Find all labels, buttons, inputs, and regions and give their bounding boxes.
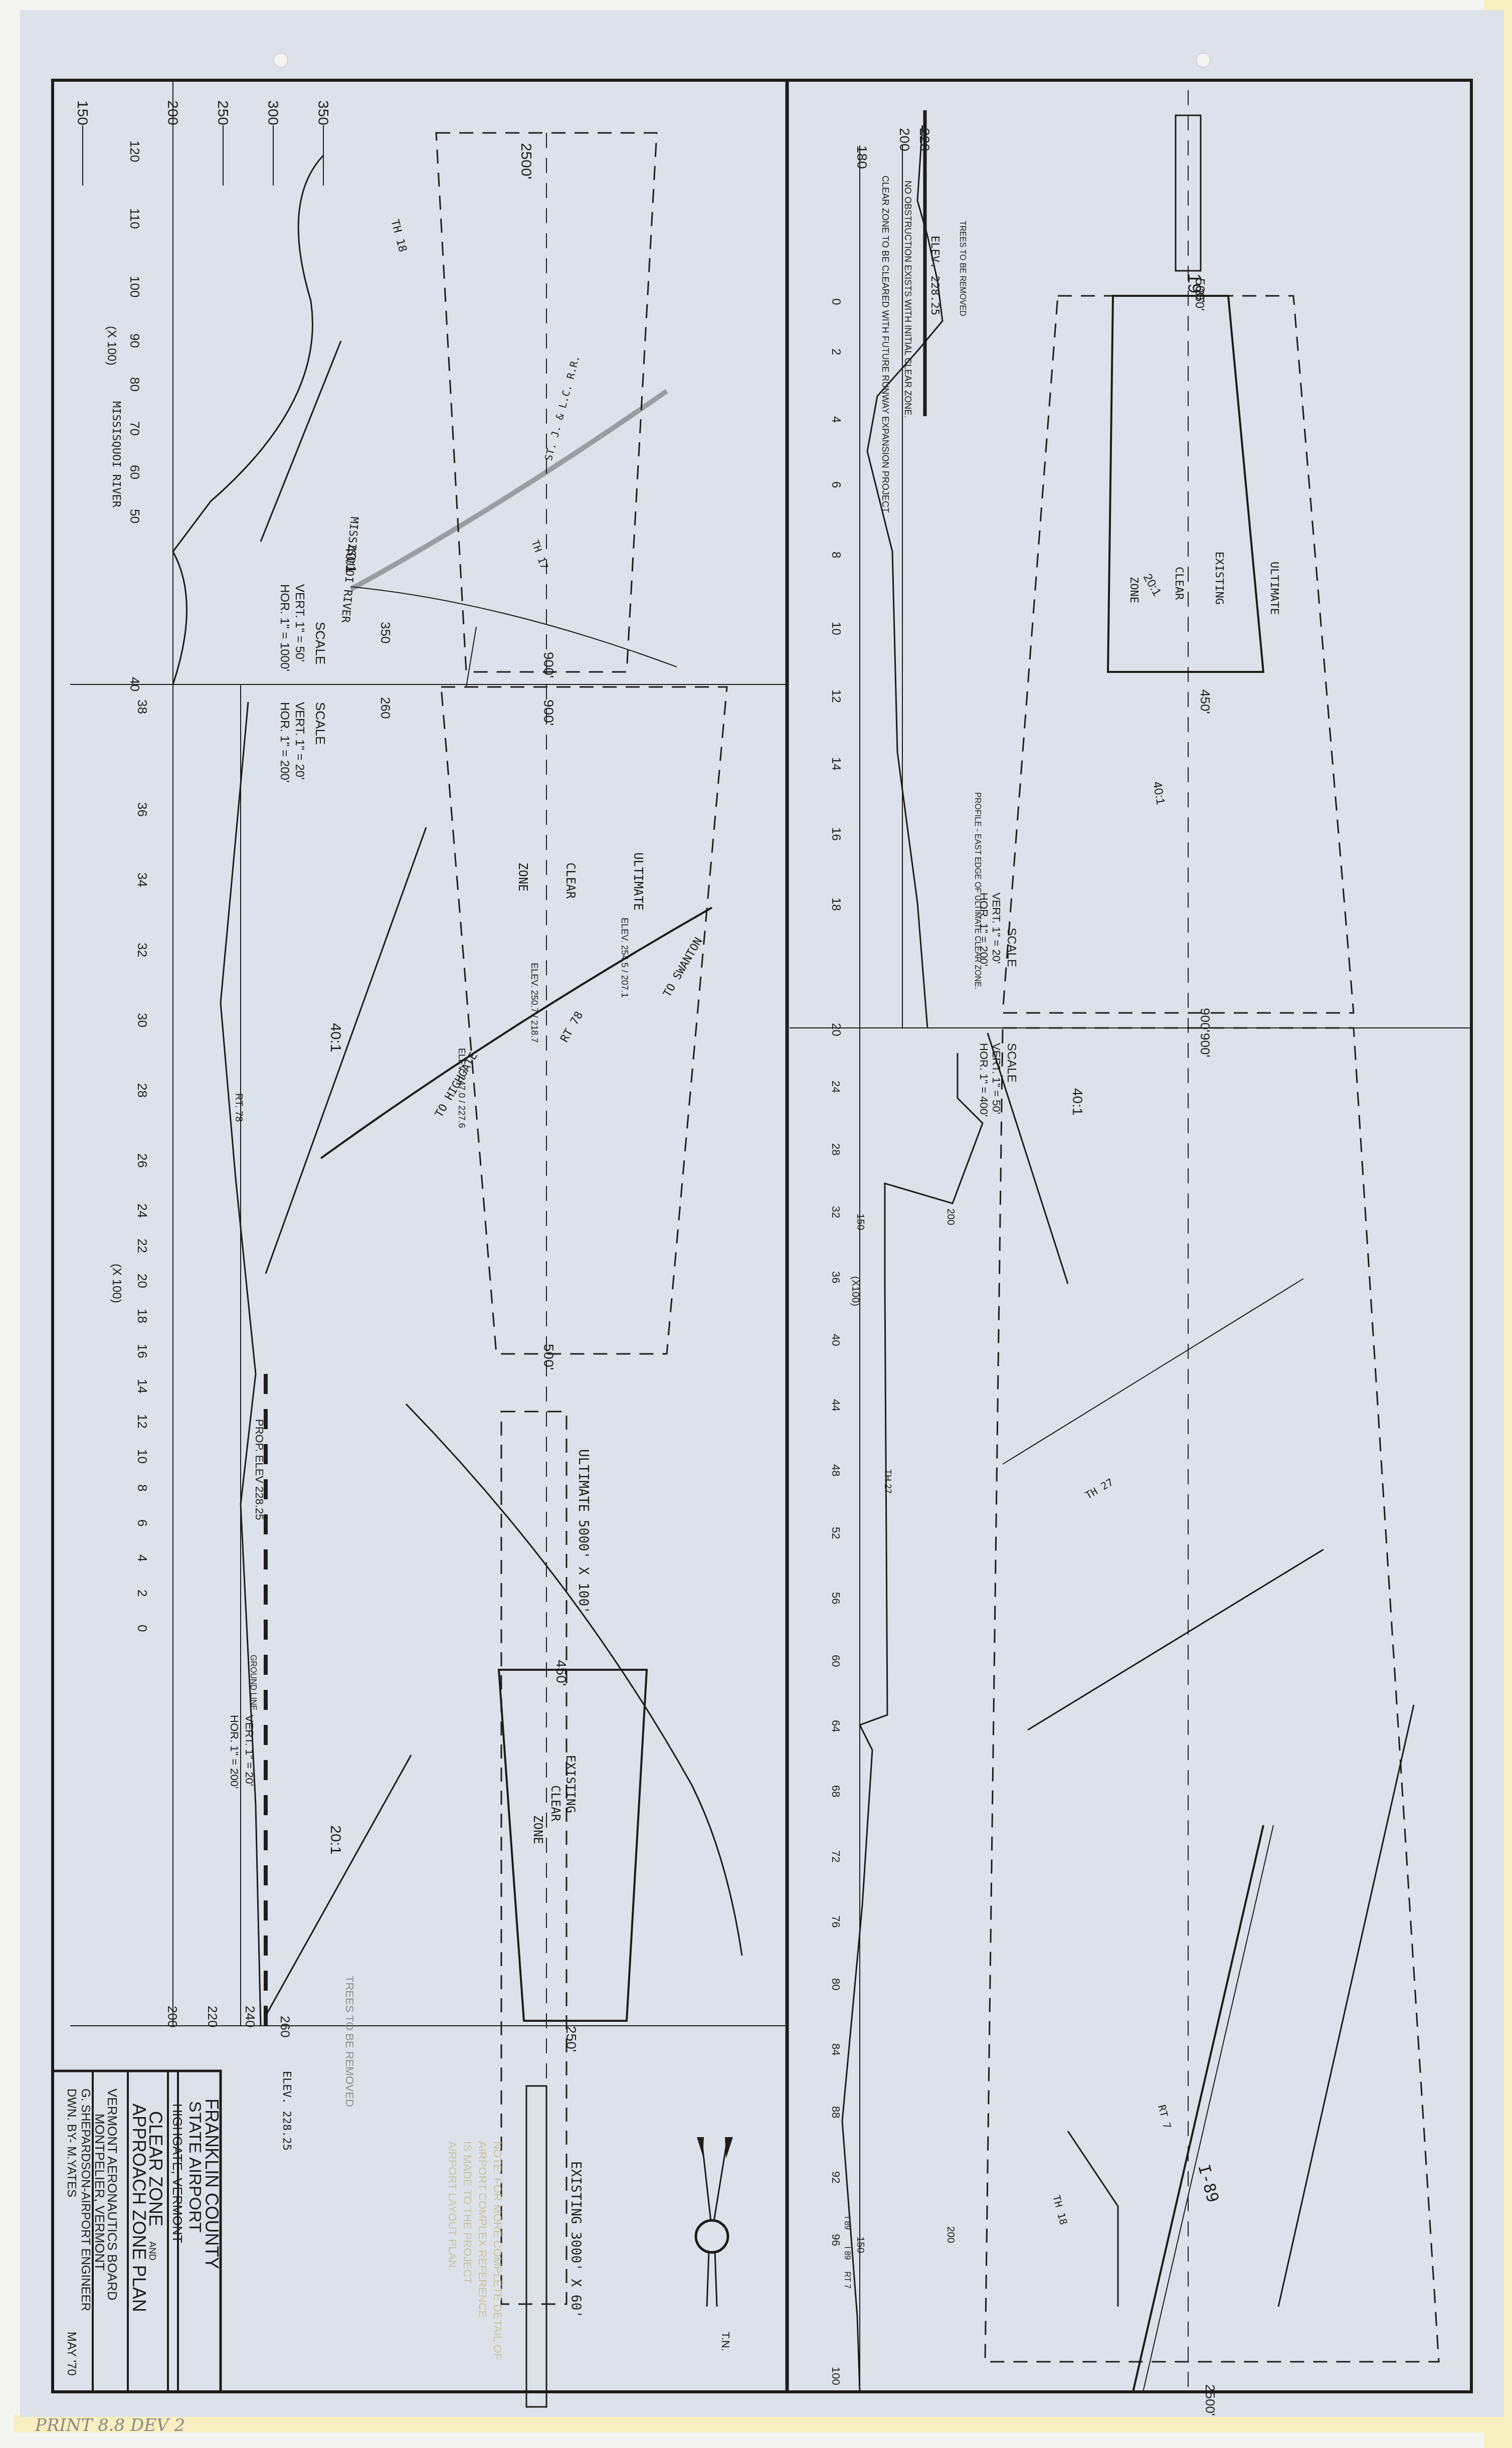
station-unit-label: (X 100): [110, 1264, 123, 1303]
elev-tick-label: 260: [278, 2016, 293, 2037]
elev-tick-label: 150: [855, 2236, 866, 2253]
elev-tick-label: 200: [164, 100, 181, 125]
station-tick-label: 120: [127, 140, 142, 162]
elev-tick-label: 200: [165, 2006, 180, 2027]
svg-text:AIRPORT COMPLEX REFERENCE: AIRPORT COMPLEX REFERENCE: [476, 2141, 489, 2318]
profile-note: NO OBSTRUCTION EXISTS WITH INITIAL CLEAR…: [903, 181, 913, 418]
station-tick-label: 36: [830, 1271, 842, 1283]
station-tick-label: 12: [135, 1414, 150, 1429]
station-tick-label: 14: [829, 757, 843, 771]
road-label: RT 7: [1156, 2104, 1174, 2130]
elev-tick-label: 150: [855, 1213, 866, 1230]
road-label: TH 27: [1083, 1476, 1115, 1501]
road-label: TH 27: [883, 1469, 893, 1494]
profile-note: CLEAR ZONE TO BE CLEARED WITH FUTURE RUN…: [880, 176, 890, 514]
elev-tick-label: 240: [243, 2006, 258, 2027]
drawing-canvas: 150 200 250 300 350 120 110 100 90 80 70…: [0, 0, 1512, 2448]
station-tick-label: 90: [127, 333, 142, 348]
dimension-label: 2500': [1203, 2384, 1218, 2416]
station-tick-label: 40: [830, 1334, 842, 1346]
sheet-border: [53, 80, 1471, 2392]
title-facility: STATE AIRPORT: [185, 2101, 205, 2233]
left-plan-view: 2500' 900' 900' 500' 450' 250' ULTIMATE …: [321, 133, 742, 2407]
station-tick-label: 96: [830, 2234, 842, 2246]
elev-tick-label: 260: [378, 697, 393, 719]
station-tick-label: 24: [830, 1081, 842, 1093]
station-tick-label: 64: [830, 1720, 842, 1732]
station-tick-label: 8: [829, 552, 843, 558]
river-label: MISSISQUOI RIVER: [110, 401, 122, 508]
svg-text:NOTE: FOR MORE COMPLETE DETAIL: NOTE: FOR MORE COMPLETE DETAIL OF: [491, 2141, 504, 2360]
station-tick-label: 76: [830, 1915, 842, 1928]
station-tick-label: 50: [127, 509, 142, 523]
station-tick-label: 0: [135, 1625, 150, 1632]
road-label: TH 18: [1050, 2194, 1070, 2226]
elev-tick-label: 220: [917, 128, 932, 151]
zone-label: ZONE: [516, 862, 530, 892]
prop-elev-label: PROP. ELEV 228.25: [253, 1419, 266, 1520]
slope-label: 40:1: [327, 1023, 344, 1052]
station-tick-label: 4: [135, 1554, 150, 1561]
station-tick-label: 4: [829, 416, 843, 423]
zone-label: ZONE: [531, 1815, 545, 1844]
elev-tick-label: 250: [215, 100, 231, 125]
station-tick-label: 38: [135, 700, 150, 714]
station-tick-label: 60: [830, 1655, 842, 1667]
station-tick-label: 20: [829, 1023, 843, 1036]
scale-hor: HOR. 1" = 200': [978, 893, 990, 966]
right-plan-view: 19 500' 250' 450' 900' 900' 2500' EXISTI…: [985, 90, 1439, 2416]
station-unit-label: (X 100): [105, 326, 118, 366]
dimension-label: 900': [541, 700, 556, 726]
elevation-label: ELEV. 247.0 / 227.6: [457, 1048, 467, 1128]
north-arrow-icon: T.N.: [696, 2137, 733, 2351]
station-tick-label: 88: [830, 2106, 842, 2118]
station-tick-label: 26: [135, 1153, 150, 1168]
drawing-date: MAY '70: [65, 2332, 78, 2376]
slope-label: 20:1: [327, 1825, 344, 1854]
road-label: I-89: [1194, 2162, 1223, 2204]
station-tick-label: 2: [829, 348, 843, 355]
station-tick-label: 32: [135, 943, 150, 957]
scale-hor: HOR. 1" = 200': [278, 702, 291, 783]
station-tick-label: 22: [135, 1239, 150, 1253]
road-label: RT 7: [843, 2271, 851, 2289]
station-tick-label: 52: [830, 1527, 842, 1539]
station-tick-label: 8: [135, 1484, 150, 1491]
station-tick-label: 16: [829, 827, 843, 841]
title-location: HIGHGATE, VERMONT: [170, 2104, 185, 2243]
scale-title: SCALE: [1005, 928, 1018, 967]
elev-label: ELEV. 228.25: [928, 236, 941, 315]
title-block: FRANKLIN COUNTY STATE AIRPORT HIGHGATE, …: [53, 2071, 222, 2392]
station-tick-label: 30: [135, 1013, 150, 1027]
road-label: I 89: [843, 2216, 851, 2230]
north-arrow-label: T.N.: [719, 2332, 732, 2351]
station-tick-label: 72: [830, 1850, 842, 1862]
dimension-label: 500': [541, 1344, 556, 1370]
station-tick-label: 68: [830, 1785, 842, 1797]
station-tick-label: 110: [127, 208, 142, 229]
trees-note: TREES TO BE REMOVED: [958, 221, 967, 316]
elev-tick-label: 180: [854, 145, 870, 169]
station-tick-label: 18: [829, 898, 843, 911]
station-tick-label: 34: [135, 872, 150, 887]
station-tick-label: 84: [830, 2043, 842, 2055]
road-label: TO HIGHGATE: [433, 1050, 481, 1120]
elevation-label: ELEV. 250.7 / 218.7: [529, 963, 539, 1042]
dimension-label: 2500': [518, 143, 534, 179]
runway-label-ultimate: ULTIMATE 5000' X 100': [576, 1449, 591, 1614]
slope-label: 40:1: [1070, 1088, 1085, 1116]
punch-hole: [274, 53, 288, 67]
station-tick-label: 80: [127, 377, 142, 392]
station-tick-label: 100: [830, 2367, 842, 2385]
station-tick-label: 10: [829, 622, 843, 635]
ground-line-label: GROUND LINE: [249, 1655, 257, 1710]
station-tick-label: 14: [135, 1379, 150, 1393]
zone-label: ZONE: [1127, 577, 1140, 603]
elev-tick-label: 200: [945, 2226, 956, 2243]
zone-label: ULTIMATE: [631, 852, 645, 911]
station-tick-label: 40: [127, 677, 142, 691]
engineer-name: G. SHEPARDSON-AIRPORT ENGINEER: [79, 2088, 92, 2311]
station-tick-label: 2: [135, 1590, 150, 1597]
station-tick-label: 32: [830, 1206, 842, 1218]
elevation-label: ELEV. 254.5 / 207.1: [620, 918, 630, 997]
railroad-label: ST. J. & L.C. R.R.: [542, 354, 582, 462]
scale-vert: VERT. 1" = 20': [990, 893, 1003, 964]
agency-location: MONTPELIER, VERMONT: [92, 2114, 107, 2271]
scale-vert: VERT. 1" = 50': [990, 1043, 1003, 1114]
runway-label-existing: EXISTING 3000' X 60': [568, 2161, 583, 2318]
station-tick-label: 60: [127, 465, 142, 479]
dimension-label: 250': [563, 2026, 579, 2052]
handwritten-note: PRINT 8.8 DEV 2: [35, 2415, 185, 2435]
elev-tick-label: 350: [378, 622, 393, 643]
station-tick-label: 80: [830, 1978, 842, 1990]
scale-vert: VERT. 1" = 50': [293, 584, 306, 662]
scale-title: SCALE: [313, 702, 328, 745]
dimension-label: 450': [1198, 689, 1213, 714]
scale-title: SCALE: [1005, 1043, 1018, 1083]
station-tick-label: 10: [135, 1449, 150, 1464]
station-tick-label: 28: [830, 1143, 842, 1155]
left-lower-profile: 40:1 20:1 PROP. ELEV 228.25 RT. 78 GROUN…: [70, 684, 787, 2151]
station-tick-label: 16: [135, 1344, 150, 1358]
zone-label: ULTIMATE: [1268, 562, 1280, 615]
road-label: RT 78: [558, 1009, 586, 1044]
station-tick-label: 18: [135, 1309, 150, 1323]
trees-note: TREES TO BE REMOVED: [343, 1976, 356, 2107]
scale-vert: VERT. 1" = 20': [243, 1715, 256, 1786]
station-tick-label: 6: [829, 481, 843, 488]
road-label: RT. 78: [233, 1093, 244, 1122]
svg-text:IS MADE TO THE PROJECT: IS MADE TO THE PROJECT: [461, 2141, 474, 2284]
elev-tick-label: 150: [74, 100, 91, 125]
elev-tick-label: 200: [945, 1208, 956, 1225]
drawing-title: APPROACH ZONE PLAN: [129, 2104, 149, 2312]
station-tick-label: 24: [135, 1203, 150, 1218]
scale-hor: HOR. 1" = 200': [228, 1715, 241, 1789]
left-upper-profile: 150 200 250 300 350 120 110 100 90 80 70…: [70, 80, 787, 691]
right-lower-profile: SCALE VERT. 1" = 50' HOR. 1" = 400' 40:1…: [830, 1028, 1085, 2392]
dimension-label: 900': [541, 652, 556, 678]
road-label: TH 17: [529, 539, 550, 571]
slope-label: 20:1: [1141, 572, 1164, 599]
right-upper-profile: 180 200 220 0 2 4 6 8 10 12 14 16 18 20 …: [790, 110, 1471, 1036]
punch-hole: [1196, 53, 1210, 67]
elev-tick-label: 350: [315, 100, 331, 125]
zone-label: CLEAR: [563, 862, 578, 899]
elev-tick-label: 300: [265, 100, 281, 125]
elev-tick-label: 200: [897, 128, 912, 151]
drawing-sheet: 150 200 250 300 350 120 110 100 90 80 70…: [0, 0, 1512, 2448]
drawn-by: DWN. BY- M.YATES: [65, 2088, 78, 2197]
station-tick-label: 92: [830, 2171, 842, 2183]
svg-text:AIRPORT LAYOUT PLAN.: AIRPORT LAYOUT PLAN.: [446, 2141, 459, 2271]
station-tick-label: 56: [830, 1592, 842, 1604]
zone-label: EXISTING: [563, 1755, 578, 1813]
scale-hor: HOR. 1" = 400': [978, 1043, 990, 1117]
scale-title: SCALE: [313, 622, 328, 664]
road-label: TH 18: [388, 218, 409, 253]
dimension-label: 900': [1198, 1033, 1213, 1057]
station-tick-label: 28: [135, 1083, 150, 1098]
scale-vert: VERT. 1" = 20': [293, 702, 306, 780]
dimension-label: 450': [553, 1660, 569, 1686]
station-tick-label: 36: [135, 802, 150, 817]
station-tick-label: 70: [127, 421, 142, 436]
zone-label: CLEAR: [1173, 567, 1185, 600]
scale-hor: HOR. 1" = 1000': [278, 584, 291, 671]
station-tick-label: 20: [135, 1274, 150, 1288]
station-tick-label: 12: [829, 689, 843, 703]
road-label: I 89: [843, 2246, 851, 2260]
dimension-label: 900': [1198, 1008, 1213, 1032]
elev-tick-label: 220: [205, 2006, 220, 2027]
slope-label: 40:1: [1150, 780, 1168, 806]
elev-label: ELEV. 228.25: [280, 2071, 293, 2151]
zone-label: EXISTING: [1213, 552, 1225, 605]
road-label: TO SWANTON: [661, 936, 705, 999]
station-tick-label: 6: [135, 1519, 150, 1526]
station-tick-label: 100: [127, 276, 142, 297]
station-tick-label: 0: [829, 298, 843, 305]
station-tick-label: 44: [830, 1399, 842, 1411]
station-tick-label: 48: [830, 1464, 842, 1476]
station-unit-label: (X100): [850, 1276, 861, 1306]
dimension-label: 250': [1193, 288, 1206, 311]
faint-note: NOTE: FOR MORE COMPLETE DETAIL OF AIRPOR…: [446, 2141, 504, 2360]
zone-label: CLEAR: [548, 1785, 562, 1822]
